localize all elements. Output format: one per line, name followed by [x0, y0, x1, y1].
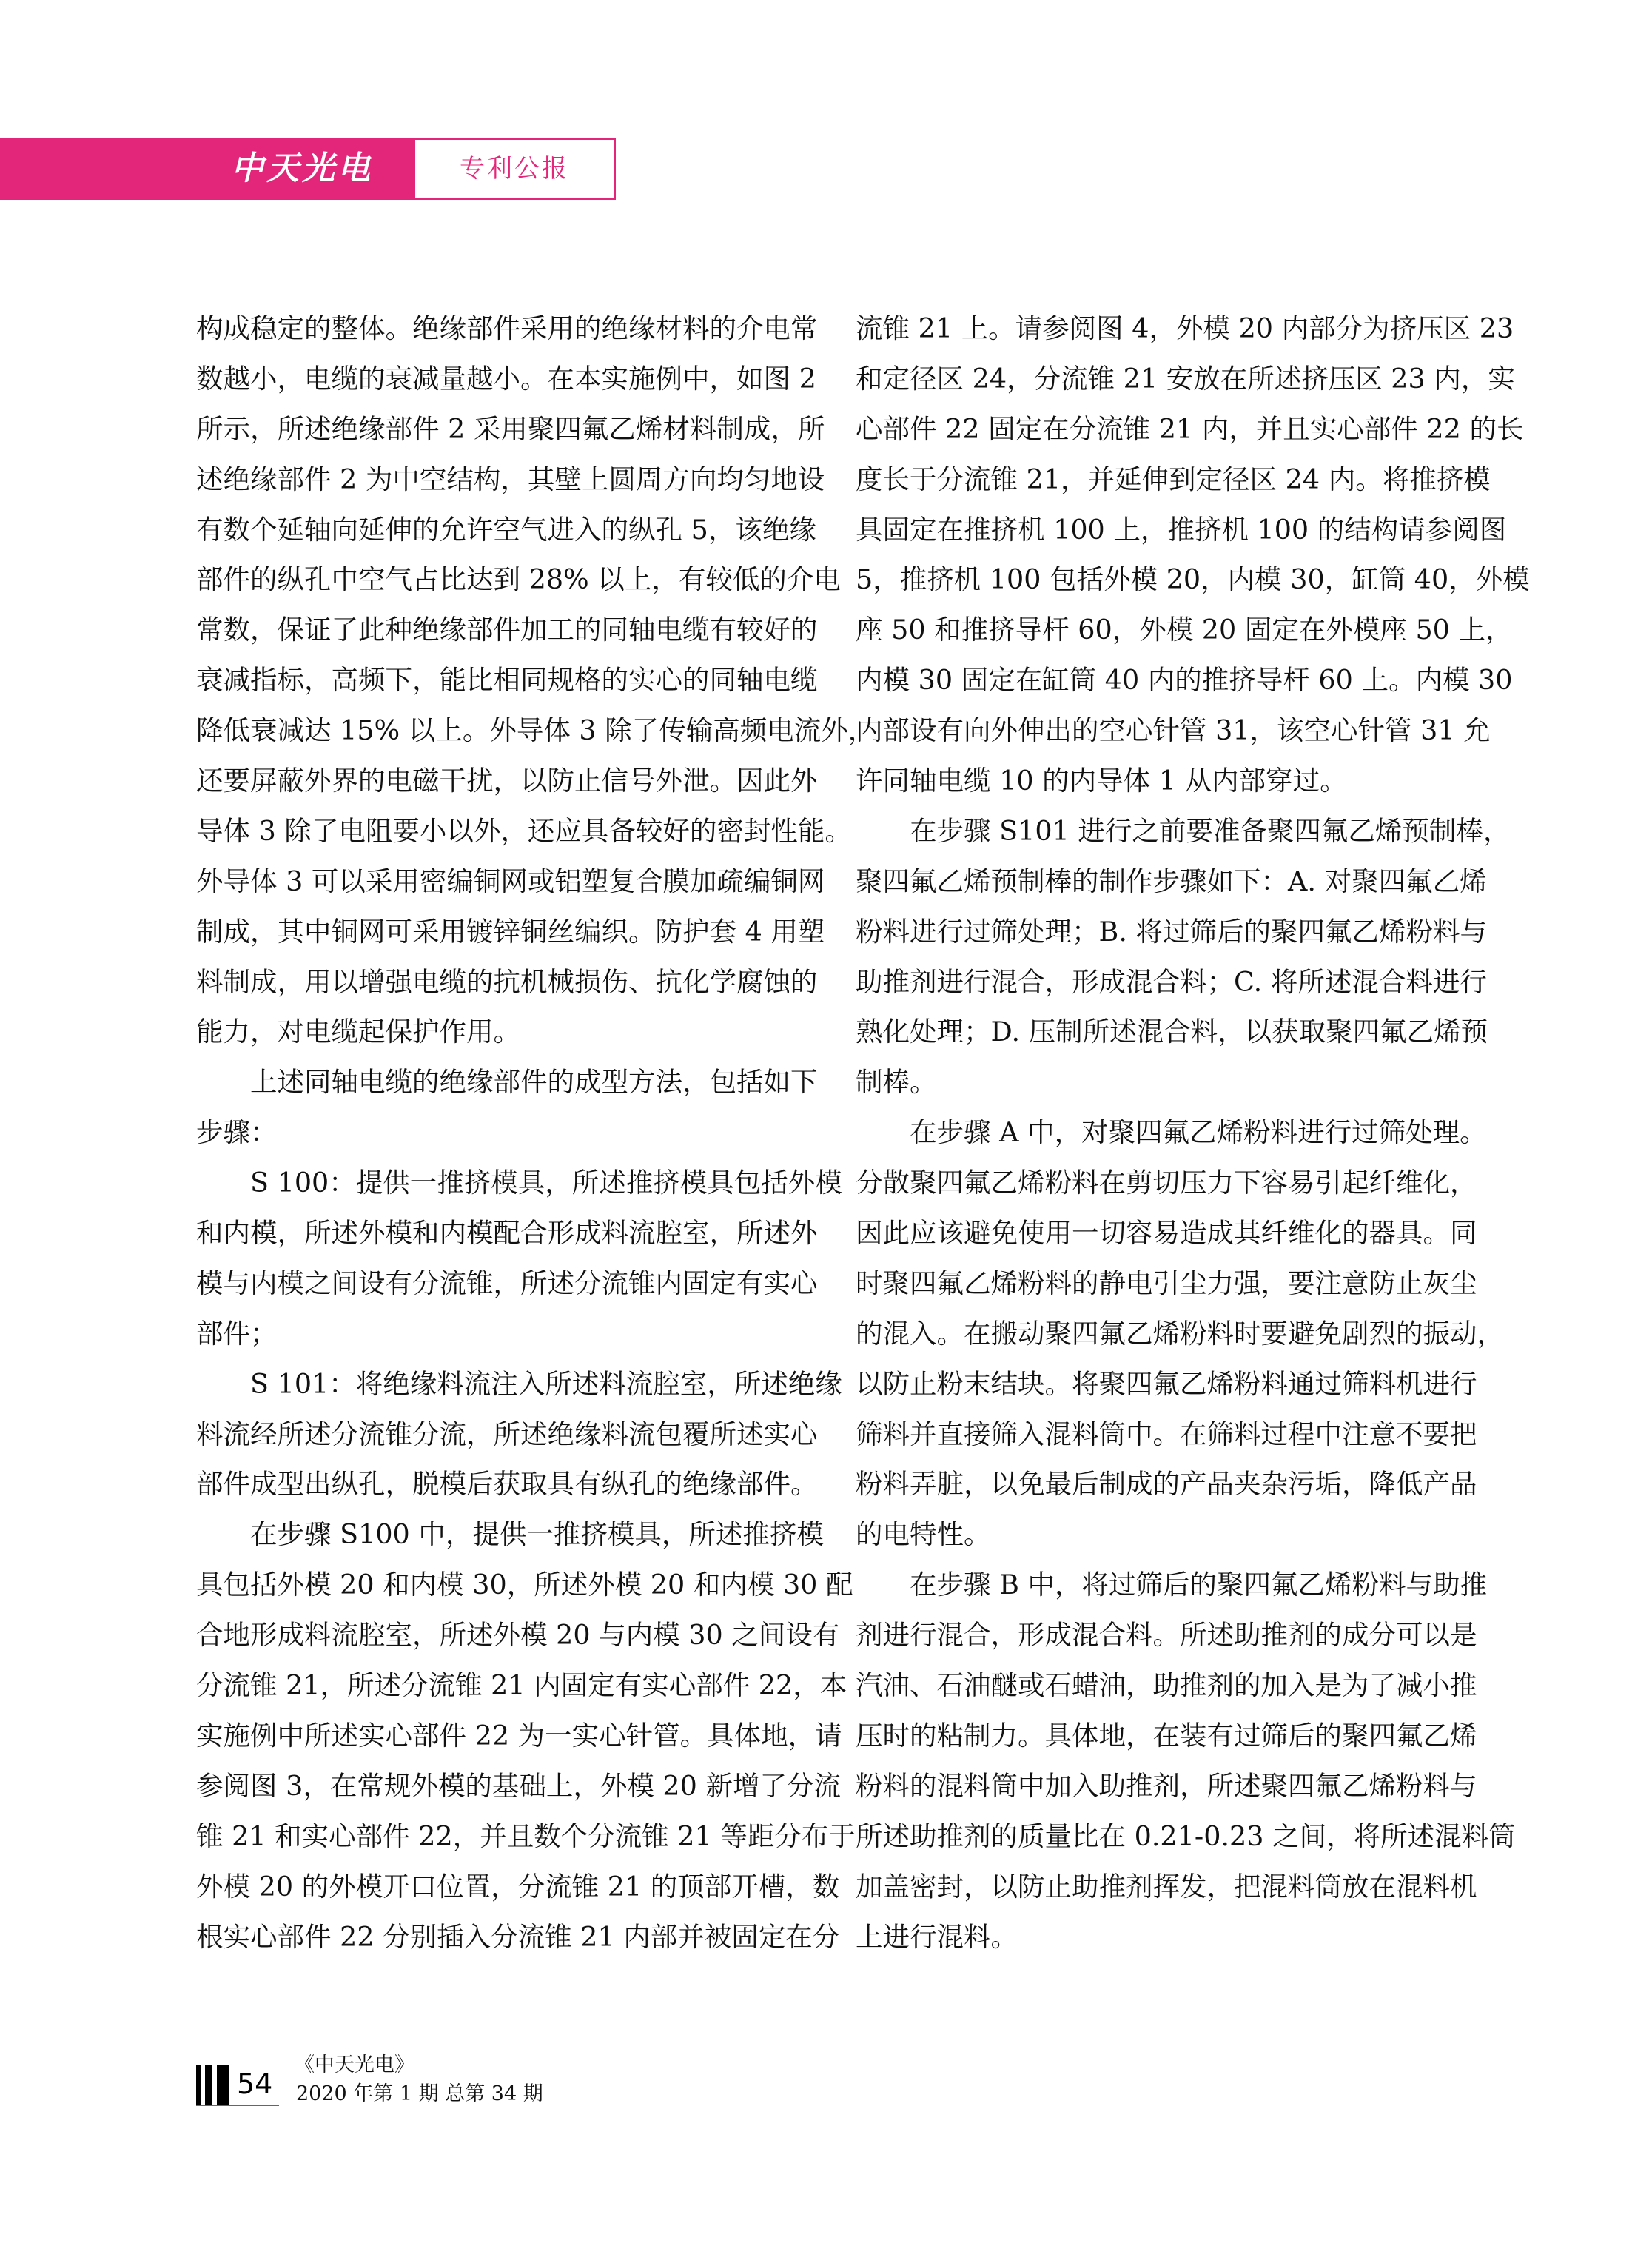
text-line: 外导体 3 可以采用密编铜网或铝塑复合膜加疏编铜网 [196, 856, 796, 907]
issue-info: 2020 年第 1 期 总第 34 期 [296, 2082, 543, 2107]
text-line: 以防止粉末结块。将聚四氟乙烯粉料通过筛料机进行 [856, 1359, 1455, 1409]
text-line: 筛料并直接筛入混料筒中。在筛料过程中注意不要把 [856, 1409, 1455, 1460]
text-line: 因此应该避免使用一切容易造成其纤维化的器具。同 [856, 1208, 1455, 1258]
text-line: 粉料弄脏，以免最后制成的产品夹杂污垢，降低产品 [856, 1459, 1455, 1509]
text-line: 外模 20 的外模开口位置，分流锥 21 的顶部开槽，数 [196, 1862, 796, 1912]
text-line: 部件的纵孔中空气占比达到 28% 以上，有较低的介电 [196, 554, 796, 605]
text-line: 粉料的混料筒中加入助推剂，所述聚四氟乙烯粉料与 [856, 1761, 1455, 1811]
text-line: 的电特性。 [856, 1509, 1455, 1560]
text-line: 剂进行混合，形成混合料。所述助推剂的成分可以是 [856, 1610, 1455, 1660]
text-line: 助推剂进行混合，形成混合料；C. 将所述混合料进行 [856, 957, 1455, 1007]
text-line: 上进行混料。 [856, 1912, 1455, 1962]
text-line: 能力，对电缆起保护作用。 [196, 1007, 796, 1057]
text-line: 压时的粘制力。具体地，在装有过筛后的聚四氟乙烯 [856, 1711, 1455, 1761]
text-line: 和内模，所述外模和内模配合形成料流腔室，所述外 [196, 1208, 796, 1258]
text-line: 所示，所述绝缘部件 2 采用聚四氟乙烯材料制成，所 [196, 404, 796, 455]
text-line: 部件成型出纵孔，脱模后获取具有纵孔的绝缘部件。 [196, 1459, 796, 1509]
text-line: 在步骤 B 中，将过筛后的聚四氟乙烯粉料与助推 [856, 1560, 1455, 1610]
text-line: 在步骤 S101 进行之前要准备聚四氟乙烯预制棒， [856, 806, 1455, 856]
text-line: 具包括外模 20 和内模 30，所述外模 20 和内模 30 配 [196, 1560, 796, 1610]
text-line: 熟化处理；D. 压制所述混合料，以获取聚四氟乙烯预 [856, 1007, 1455, 1057]
journal-name: 《中天光电》 [295, 2053, 414, 2078]
text-line: 分流锥 21，所述分流锥 21 内固定有实心部件 22，本 [196, 1660, 796, 1711]
text-line: 的混入。在搬动聚四氟乙烯粉料时要避免剧烈的振动， [856, 1309, 1455, 1359]
footer-bar [205, 2065, 212, 2105]
text-line: 锥 21 和实心部件 22，并且数个分流锥 21 等距分布于 [196, 1811, 796, 1862]
text-line: 流锥 21 上。请参阅图 4，外模 20 内部分为挤压区 23 [856, 304, 1455, 354]
text-line: 在步骤 S100 中，提供一推挤模具，所述推挤模 [196, 1509, 796, 1560]
text-line: 内模 30 固定在缸筒 40 内的推挤导杆 60 上。内模 30 [856, 655, 1455, 705]
text-line: 分散聚四氟乙烯粉料在剪切压力下容易引起纤维化， [856, 1158, 1455, 1208]
text-line: 在步骤 A 中，对聚四氟乙烯粉料进行过筛处理。 [856, 1107, 1455, 1158]
text-line: 聚四氟乙烯预制棒的制作步骤如下：A. 对聚四氟乙烯 [856, 856, 1455, 907]
text-line: 衰减指标，高频下，能比相同规格的实心的同轴电缆 [196, 655, 796, 705]
text-line: S 100：提供一推挤模具，所述推挤模具包括外模 [196, 1158, 796, 1208]
section-tag: 专利公报 [413, 138, 616, 200]
text-line: 有数个延轴向延伸的允许空气进入的纵孔 5，该绝缘 [196, 505, 796, 555]
text-line: 制棒。 [856, 1057, 1455, 1107]
text-line: 粉料进行过筛处理；B. 将过筛后的聚四氟乙烯粉料与 [856, 907, 1455, 957]
text-line: 根实心部件 22 分别插入分流锥 21 内部并被固定在分 [196, 1912, 796, 1962]
text-line: 述绝缘部件 2 为中空结构，其壁上圆周方向均匀地设 [196, 455, 796, 505]
text-line: 常数，保证了此种绝缘部件加工的同轴电缆有较好的 [196, 605, 796, 655]
text-line: 步骤： [196, 1107, 796, 1158]
text-line: 料制成，用以增强电缆的抗机械损伤、抗化学腐蚀的 [196, 957, 796, 1007]
text-line: 加盖密封，以防止助推剂挥发，把混料筒放在混料机 [856, 1862, 1455, 1912]
text-line: 所述助推剂的质量比在 0.21-0.23 之间，将所述混料筒 [856, 1811, 1455, 1862]
text-line: S 101：将绝缘料流注入所述料流腔室，所述绝缘 [196, 1359, 796, 1409]
page-number: 54 [237, 2066, 272, 2102]
text-line: 构成稳定的整体。绝缘部件采用的绝缘材料的介电常 [196, 304, 796, 354]
text-line: 数越小，电缆的衰减量越小。在本实施例中，如图 2 [196, 354, 796, 404]
text-line: 具固定在推挤机 100 上，推挤机 100 的结构请参阅图 [856, 505, 1455, 555]
footer-rule [196, 2105, 279, 2106]
text-line: 内部设有向外伸出的空心针管 31，该空心针管 31 允 [856, 705, 1455, 756]
text-line: 时聚四氟乙烯粉料的静电引尘力强，要注意防止灰尘 [856, 1258, 1455, 1309]
text-line: 模与内模之间设有分流锥，所述分流锥内固定有实心 [196, 1258, 796, 1309]
right-text-column: 流锥 21 上。请参阅图 4，外模 20 内部分为挤压区 23和定径区 24，分… [856, 304, 1455, 1962]
text-line: 降低衰减达 15% 以上。外导体 3 除了传输高频电流外， [196, 705, 796, 756]
text-line: 度长于分流锥 21，并延伸到定径区 24 内。将推挤模 [856, 455, 1455, 505]
text-line: 导体 3 除了电阻要小以外，还应具备较好的密封性能。 [196, 806, 796, 856]
text-line: 座 50 和推挤导杆 60，外模 20 固定在外模座 50 上， [856, 605, 1455, 655]
text-line: 料流经所述分流锥分流，所述绝缘料流包覆所述实心 [196, 1409, 796, 1460]
section-label: 专利公报 [460, 154, 569, 184]
text-line: 5，推挤机 100 包括外模 20，内模 30，缸筒 40，外模 [856, 554, 1455, 605]
text-line: 制成，其中铜网可采用镀锌铜丝编织。防护套 4 用塑 [196, 907, 796, 957]
footer-bar [217, 2065, 229, 2105]
left-text-column: 构成稳定的整体。绝缘部件采用的绝缘材料的介电常数越小，电缆的衰减量越小。在本实施… [196, 304, 796, 1962]
text-line: 还要屏蔽外界的电磁干扰，以防止信号外泄。因此外 [196, 756, 796, 806]
text-line: 实施例中所述实心部件 22 为一实心针管。具体地，请 [196, 1711, 796, 1761]
text-line: 许同轴电缆 10 的内导体 1 从内部穿过。 [856, 756, 1455, 806]
brand-logo-text: 中天光电 [231, 144, 373, 194]
text-line: 汽油、石油醚或石蜡油，助推剂的加入是为了减小推 [856, 1660, 1455, 1711]
text-line: 上述同轴电缆的绝缘部件的成型方法，包括如下 [196, 1057, 796, 1107]
text-line: 心部件 22 固定在分流锥 21 内，并且实心部件 22 的长 [856, 404, 1455, 455]
text-line: 和定径区 24，分流锥 21 安放在所述挤压区 23 内，实 [856, 354, 1455, 404]
text-line: 合地形成料流腔室，所述外模 20 与内模 30 之间设有 [196, 1610, 796, 1660]
footer-bar [196, 2065, 201, 2105]
text-line: 部件； [196, 1309, 796, 1359]
text-line: 参阅图 3，在常规外模的基础上，外模 20 新增了分流 [196, 1761, 796, 1811]
